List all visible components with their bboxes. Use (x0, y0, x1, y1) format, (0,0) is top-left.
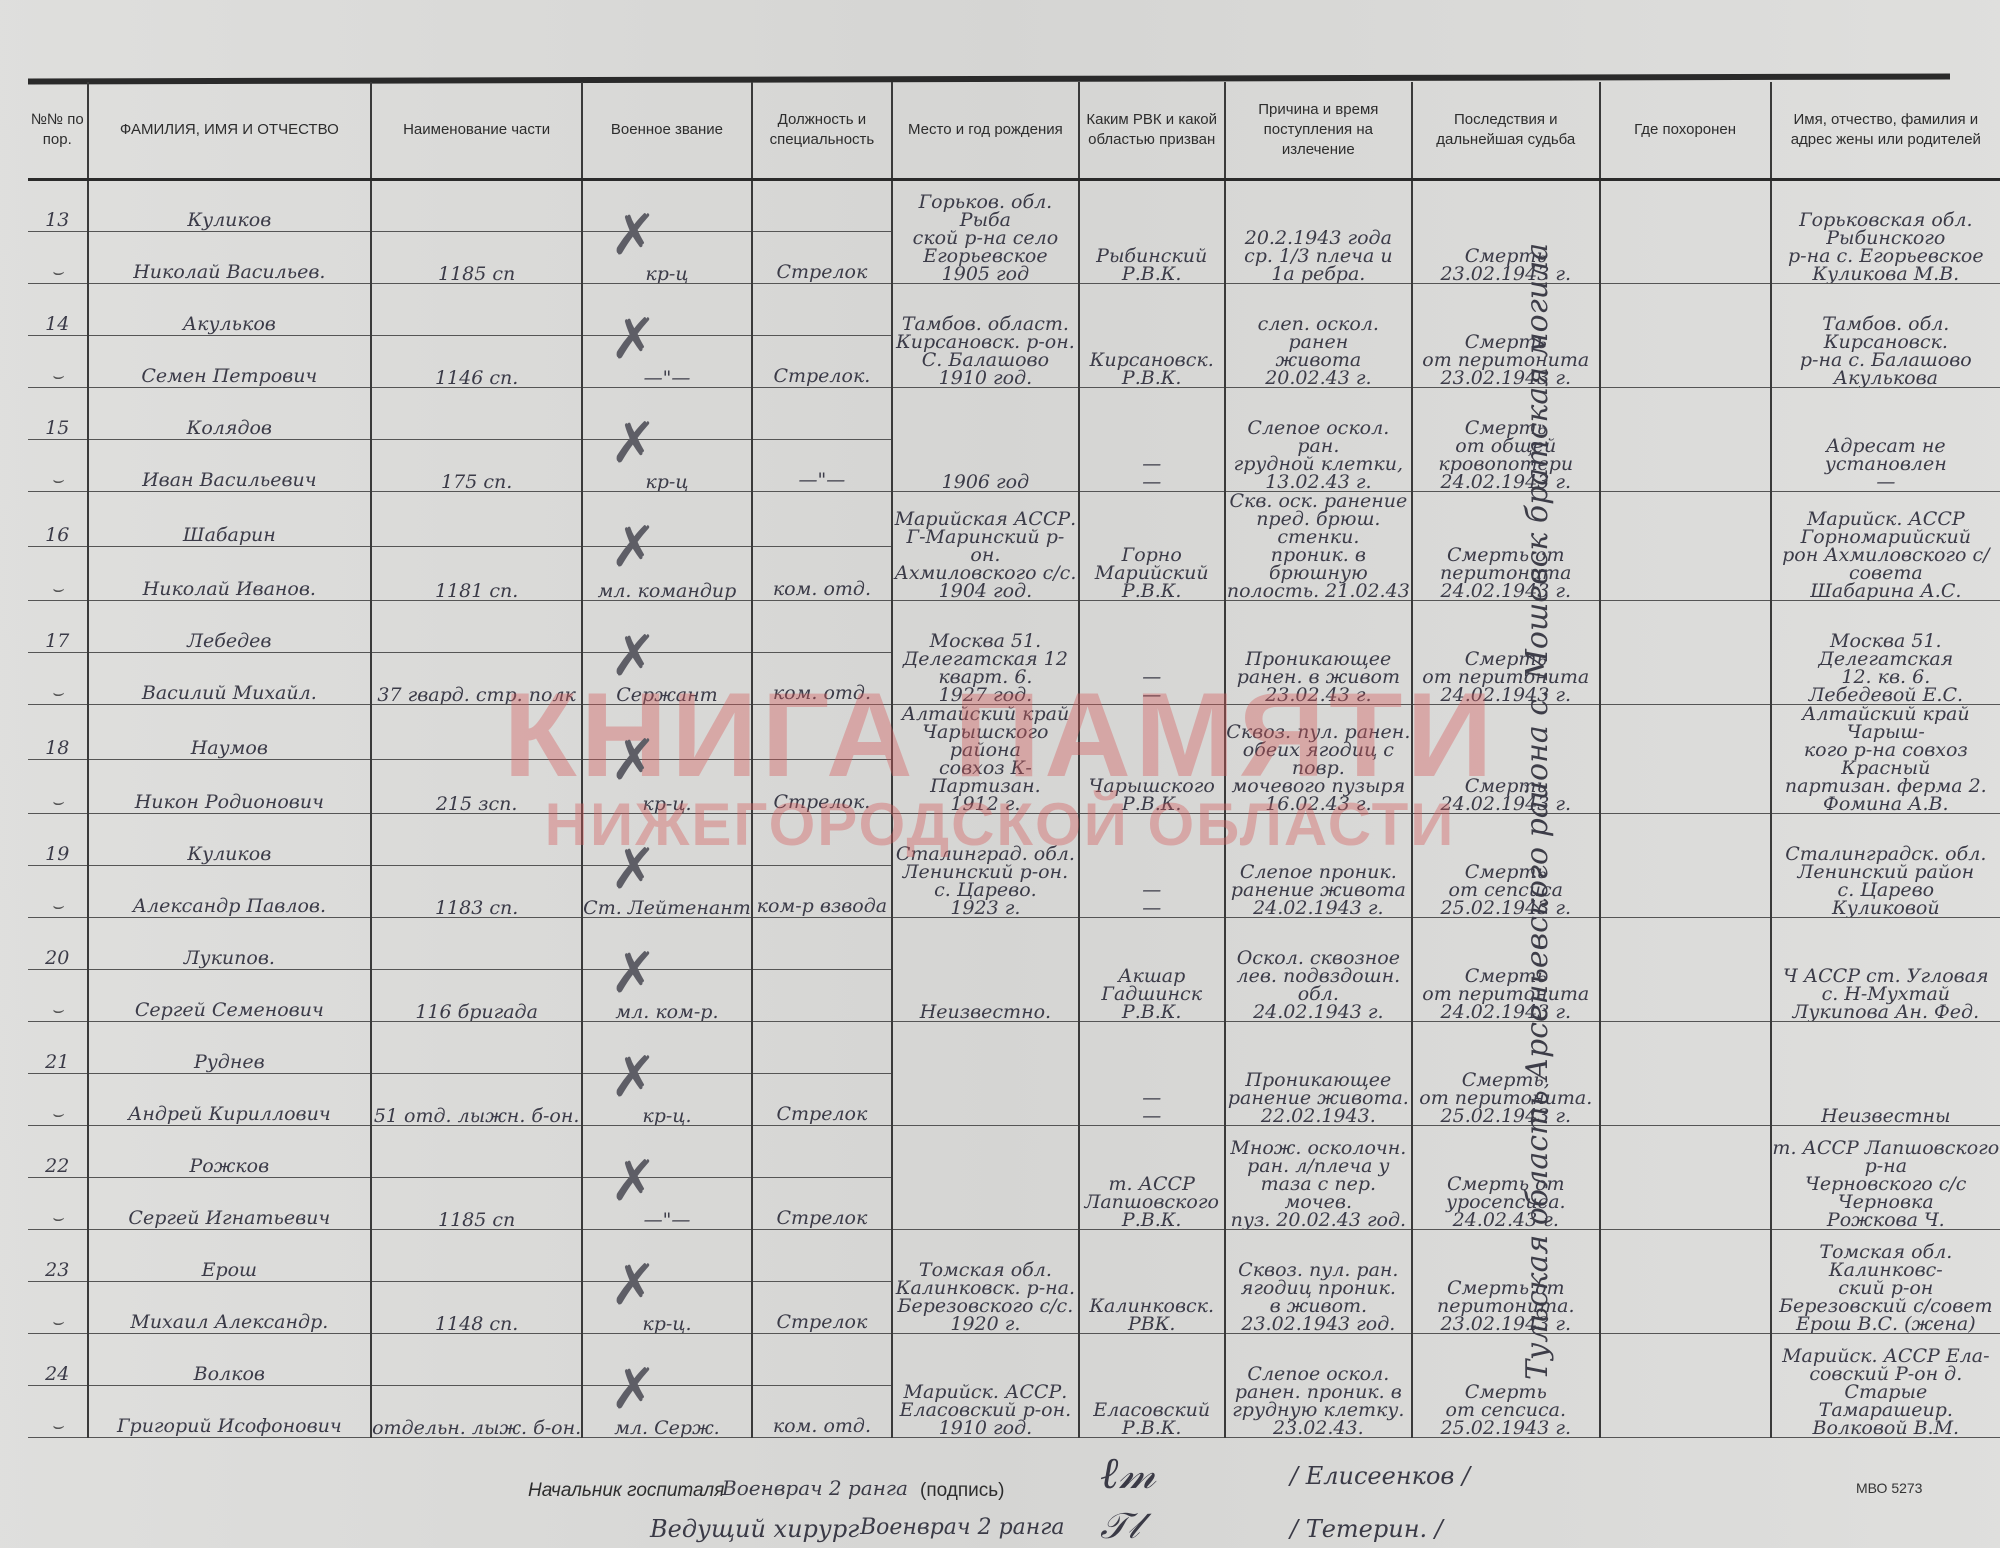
surname: Шабарин (88, 492, 372, 547)
row-number: 19 (28, 814, 88, 866)
cross-mark-icon: ✗ (610, 520, 657, 576)
position-empty (752, 1126, 892, 1178)
surname: Лебедев (88, 601, 372, 653)
form-code: МВО 5273 (1856, 1480, 1922, 1496)
relatives: Горьковская обл. Рыбинскогор-на с. Егорь… (1771, 180, 2000, 284)
fate: Смерть отперитонита24.02.1943 г. (1412, 492, 1600, 601)
unit-empty (371, 918, 582, 970)
rank: кр-ц. (582, 759, 752, 814)
unit: 175 сп. (371, 440, 582, 492)
row-number: 18 (28, 705, 88, 760)
cause-line: 23.02.43 г. (1226, 686, 1411, 704)
buried-cell (1600, 1022, 1771, 1126)
cause-line: слеп. оскол. ранен (1226, 315, 1411, 351)
rvk: —— (1079, 1022, 1225, 1126)
position: Стрелок. (752, 759, 892, 814)
unit: 1185 сп (371, 1178, 582, 1230)
rank: Ст. Лейтенант (582, 866, 752, 918)
chief-label: Начальник госпиталя (528, 1480, 724, 1502)
birthplace: Марийская АССР.Г-Маринский р-он.Ахмиловс… (892, 492, 1079, 601)
lead-surgeon-signature-icon: 𝒯𝓁 (1100, 1506, 1140, 1548)
rvk: Кирсановск.Р.В.К. (1079, 284, 1225, 388)
relatives-line: совский Р-он д. Старые (1772, 1365, 2000, 1401)
unit-empty (371, 1126, 582, 1178)
relatives-line: Фомина А.В. (1772, 795, 2000, 813)
position-empty (752, 814, 892, 866)
fate: Смерть отуросепсиса.24.02.43 г. (1412, 1126, 1600, 1230)
birthplace-line: Горьков. обл. Рыба (893, 193, 1078, 229)
cause: Слепое проник.ранение живота24.02.1943 г… (1225, 814, 1412, 918)
relatives-line: Ерош В.С. (жена) (1772, 1315, 2000, 1333)
rvk: —— (1079, 601, 1225, 705)
rvk-line: Р.В.К. (1080, 1211, 1224, 1229)
buried-cell (1600, 388, 1771, 492)
relatives-line: кого р-на совхоз Красный (1772, 741, 2000, 777)
rvk: ГорноМарийскийР.В.К. (1079, 492, 1225, 601)
buried-cell (1600, 1230, 1771, 1334)
rvk: Калинковск.РВК. (1079, 1230, 1225, 1334)
position (752, 970, 892, 1022)
fate: Смертьот сепсиса.25.02.1943 г. (1412, 1334, 1600, 1438)
rank: —"— (582, 1178, 752, 1230)
relatives: Сталинградск. обл.Ленинский районс. Царе… (1771, 814, 2000, 918)
cause-line: 20.02.43 г. (1226, 369, 1411, 387)
birthplace: Москва 51.Делегатская 12кварт. 6.1927 го… (892, 601, 1079, 705)
position: ком. отд. (752, 546, 892, 601)
cross-mark-icon: ✗ (610, 946, 657, 1002)
surname: Куликов (88, 814, 372, 866)
position-empty (752, 918, 892, 970)
col-header-number: №№ по пор. (28, 82, 88, 180)
unit-empty (371, 492, 582, 547)
relatives-line: Акулькова (1772, 369, 2000, 387)
relatives-line: Марийск. АССР Горномарийский (1772, 510, 2000, 546)
relatives-line: Волковой В.М. (1772, 1419, 2000, 1437)
rank-empty (582, 705, 752, 760)
table-row: 16ШабаринМарийская АССР.Г-Маринский р-он… (28, 492, 2000, 547)
birthplace-line: 1927 год. (893, 686, 1078, 704)
check-mark-icon: ⌣ (28, 1386, 88, 1438)
rvk: ЕласовскийР.В.К. (1079, 1334, 1225, 1438)
unit: 215 зсп. (371, 759, 582, 814)
birthplace-line: 1912 г. (893, 795, 1078, 813)
lead-surgeon-name: / Тетерин. / (1290, 1515, 1443, 1543)
lead-surgeon-label: Ведущий хирург (650, 1515, 859, 1543)
row-number: 15 (28, 388, 88, 440)
rvk: —— (1079, 388, 1225, 492)
birthplace: Марийск. АССР.Еласовский р-он.1910 год. (892, 1334, 1079, 1438)
table-row: 19КуликовСталинград. обл.Ленинский р-он.… (28, 814, 2000, 866)
fate-line: 25.02.1943 г. (1413, 1419, 1599, 1437)
fate: Смертьот перитонита24.02.1943 г. (1412, 918, 1600, 1022)
buried-cell (1600, 284, 1771, 388)
cause-line: 23.02.1943 год. (1226, 1315, 1411, 1333)
unit-empty (371, 814, 582, 866)
relatives-line: Черновского с/с Черновка (1772, 1175, 2000, 1211)
fate-line: 24.02.1943 г. (1413, 1003, 1599, 1021)
unit: 1183 сп. (371, 866, 582, 918)
position: Стрелок (752, 1282, 892, 1334)
rvk-line: Р.В.К. (1080, 369, 1224, 387)
cause: Сквоз. пул. ран.ягодиц проник.в живот.23… (1225, 1230, 1412, 1334)
given-name: Семен Петрович (88, 336, 372, 388)
cause: Оскол. сквозноелев. подвздошн.обл.24.02.… (1225, 918, 1412, 1022)
position: ком. отд. (752, 653, 892, 705)
fate-line: 25.02.1943 г. (1413, 899, 1599, 917)
rvk-line: РВК. (1080, 1315, 1224, 1333)
rvk-line: Р.В.К. (1080, 795, 1224, 813)
rank: Сержант (582, 653, 752, 705)
relatives: Адресат не установлен— (1771, 388, 2000, 492)
col-header-relatives: Имя, отчество, фамилия и адрес жены или … (1771, 82, 2000, 180)
surname: Акульков (88, 284, 372, 336)
relatives-line: Лебедевой Е.С. (1772, 686, 2000, 704)
rvk: ЧарышскогоР.В.К. (1079, 705, 1225, 814)
row-number: 20 (28, 918, 88, 970)
given-name: Николай Васильев. (88, 232, 372, 284)
rank-empty (582, 492, 752, 547)
position-empty (752, 1022, 892, 1074)
birthplace: 1906 год (892, 388, 1079, 492)
cause-line: проник. в брюшную (1226, 546, 1411, 582)
cross-mark-icon: ✗ (610, 629, 657, 685)
buried-cell (1600, 180, 1771, 284)
unit-empty (371, 284, 582, 336)
position-empty (752, 284, 892, 336)
cross-mark-icon: ✗ (610, 416, 657, 472)
rank: мл. Серж. (582, 1386, 752, 1438)
rank-empty (582, 814, 752, 866)
col-header-buried: Где похоронен (1600, 82, 1771, 180)
cause: Слепое оскол. ран.грудной клетки,13.02.4… (1225, 388, 1412, 492)
position: —"— (752, 440, 892, 492)
cause-line: 24.02.1943 г. (1226, 1003, 1411, 1021)
position-empty (752, 1334, 892, 1386)
buried-cell (1600, 1126, 1771, 1230)
relatives-line: Томская обл. Калинковс- (1772, 1243, 2000, 1279)
unit-empty (371, 1022, 582, 1074)
birthplace: Горьков. обл. Рыбаской р-на селоЕгорьевс… (892, 180, 1079, 284)
col-header-full-name: ФАМИЛИЯ, ИМЯ И ОТЧЕСТВО (88, 82, 372, 180)
table-row: 22Рожковт. АССРЛапшовскогоР.В.К.Множ. ос… (28, 1126, 2000, 1178)
rank-empty (582, 918, 752, 970)
rank: кр-ц. (582, 1074, 752, 1126)
birthplace: Алтайский крайЧарышского районасовхоз К-… (892, 705, 1079, 814)
col-header-rank: Военное звание (582, 82, 752, 180)
buried-cell (1600, 601, 1771, 705)
relatives: Ч АССР ст. Угловаяс. Н-МухтайЛукипова Ан… (1771, 918, 2000, 1022)
document-page: №№ по пор. ФАМИЛИЯ, ИМЯ И ОТЧЕСТВО Наиме… (0, 0, 2000, 1548)
rvk-line: Р.В.К. (1080, 582, 1224, 600)
unit: 37 гвард. стр. полк (371, 653, 582, 705)
rvk: АкшарГадшинскР.В.К. (1079, 918, 1225, 1022)
birthplace-line: совхоз К-Партизан. (893, 759, 1078, 795)
table-row: 13КуликовГорьков. обл. Рыбаской р-на сел… (28, 180, 2000, 232)
position: Стрелок (752, 232, 892, 284)
relatives-line: Шабарина А.С. (1772, 582, 2000, 600)
rank-empty (582, 388, 752, 440)
birthplace (892, 1022, 1079, 1126)
row-number: 23 (28, 1230, 88, 1282)
fate-line: 24.02.1943 г. (1413, 473, 1599, 491)
fate: Смерть отперитонита.23.02.1943 г. (1412, 1230, 1600, 1334)
chief-signature-icon: ℓ𝓂 (1100, 1448, 1156, 1499)
position-empty (752, 180, 892, 232)
row-number: 14 (28, 284, 88, 336)
rvk-line: Р.В.К. (1080, 1003, 1224, 1021)
table-header-row: №№ по пор. ФАМИЛИЯ, ИМЯ И ОТЧЕСТВО Наиме… (28, 82, 2000, 180)
cause: Скв. оск. ранениепред. брюш. стенки.прон… (1225, 492, 1412, 601)
given-name: Сергей Семенович (88, 970, 372, 1022)
row-number: 16 (28, 492, 88, 547)
relatives-line: — (1772, 473, 2000, 491)
birthplace-line: 1904 год. (893, 582, 1078, 600)
unit-empty (371, 1334, 582, 1386)
birthplace-line: 1910 год. (893, 369, 1078, 387)
rank-empty (582, 284, 752, 336)
fate-line: 23.02.1943 г. (1413, 1315, 1599, 1333)
birthplace-line: 1910 год. (893, 1419, 1078, 1437)
cross-mark-icon: ✗ (610, 1154, 657, 1210)
rvk-line: — (1080, 686, 1224, 704)
fate: Смерть23.02.1943 г. (1412, 180, 1600, 284)
cause-line: Слепое оскол. ран. (1226, 419, 1411, 455)
rank-empty (582, 1022, 752, 1074)
relatives: Марийск. АССР Горномарийскийрон Ахмиловс… (1771, 492, 2000, 601)
birthplace-line: 1906 год (893, 473, 1078, 491)
relatives-line: Рожкова Ч. (1772, 1211, 2000, 1229)
rank: мл. командир (582, 546, 752, 601)
cross-mark-icon: ✗ (610, 208, 657, 264)
buried-cell (1600, 492, 1771, 601)
given-name: Николай Иванов. (88, 546, 372, 601)
cause: Проникающееранен. в живот23.02.43 г. (1225, 601, 1412, 705)
rank: кр-ц. (582, 1282, 752, 1334)
table-row: 24ВолковМарийск. АССР.Еласовский р-он.19… (28, 1334, 2000, 1386)
check-mark-icon: ⌣ (28, 970, 88, 1022)
cross-mark-icon: ✗ (610, 312, 657, 368)
col-header-cause: Причина и время поступления на излечение (1225, 82, 1412, 180)
unit-empty (371, 705, 582, 760)
rvk-line: — (1080, 473, 1224, 491)
check-mark-icon: ⌣ (28, 1074, 88, 1126)
fate: Смертьот общейкровопотери24.02.1943 г. (1412, 388, 1600, 492)
cause-line: полость. 21.02.43 (1226, 582, 1411, 600)
chief-name: / Елисеенков / (1290, 1462, 1470, 1490)
row-number: 21 (28, 1022, 88, 1074)
unit: 1185 сп (371, 232, 582, 284)
burial-place-vertical-text: Тульская область Арсеньевского района с.… (1520, 243, 1555, 1380)
buried-cell (1600, 705, 1771, 814)
rank-empty (582, 1126, 752, 1178)
fate: Смертьот перитонита23.02.1943 г. (1412, 284, 1600, 388)
given-name: Григорий Исофонович (88, 1386, 372, 1438)
unit: 1146 сп. (371, 336, 582, 388)
birthplace-line: Чарышского района (893, 723, 1078, 759)
position: ком. отд. (752, 1386, 892, 1438)
cause-line: обеих ягодиц с повр. (1226, 741, 1411, 777)
rvk: —— (1079, 814, 1225, 918)
fate: Смерть,от перитонита.25.02.1943 г. (1412, 1022, 1600, 1126)
rank-empty (582, 180, 752, 232)
relatives-line: Адресат не установлен (1772, 437, 2000, 473)
given-name: Андрей Кириллович (88, 1074, 372, 1126)
relatives-line: Тамбов. обл. Кирсановск. (1772, 315, 2000, 351)
cause: Слепое оскол.ранен. проник. вгрудную кле… (1225, 1334, 1412, 1438)
birthplace-line: 1920 г. (893, 1315, 1078, 1333)
lead-surgeon-title-handwritten: Военврач 2 ранга (860, 1515, 1065, 1540)
relatives: Томская обл. Калинковс-ский р-онБерезовс… (1771, 1230, 2000, 1334)
position-empty (752, 492, 892, 547)
relatives-line: Алтайский край Чарыш- (1772, 705, 2000, 741)
relatives-line: Куликовой (1772, 899, 2000, 917)
relatives-line: Москва 51. Делегатская (1772, 632, 2000, 668)
unit-empty (371, 180, 582, 232)
relatives-line: Лукипова Ан. Фед. (1772, 1003, 2000, 1021)
relatives: Москва 51. Делегатская12. кв. 6.Лебедево… (1771, 601, 2000, 705)
cause-line: пред. брюш. стенки. (1226, 510, 1411, 546)
check-mark-icon: ⌣ (28, 232, 88, 284)
birthplace: Томская обл.Калинковск. р-на.Березовског… (892, 1230, 1079, 1334)
fate: Смерть24.02.1943 г. (1412, 705, 1600, 814)
rank: кр-ц (582, 440, 752, 492)
given-name: Иван Васильевич (88, 440, 372, 492)
birthplace-line: Неизвестно. (893, 1003, 1078, 1021)
rank-empty (582, 601, 752, 653)
table-row: 14АкульковТамбов. област.Кирсановск. р-о… (28, 284, 2000, 336)
cross-mark-icon: ✗ (610, 1050, 657, 1106)
position: Стрелок (752, 1074, 892, 1126)
check-mark-icon: ⌣ (28, 1282, 88, 1334)
surname: Куликов (88, 180, 372, 232)
birthplace (892, 1126, 1079, 1230)
row-number: 24 (28, 1334, 88, 1386)
relatives-line: рон Ахмиловского с/совета (1772, 546, 2000, 582)
fate: Смертьот перитонита24.02.1943 г. (1412, 601, 1600, 705)
check-mark-icon: ⌣ (28, 653, 88, 705)
check-mark-icon: ⌣ (28, 759, 88, 814)
check-mark-icon: ⌣ (28, 1178, 88, 1230)
check-mark-icon: ⌣ (28, 866, 88, 918)
cause-line: 13.02.43 г. (1226, 473, 1411, 491)
given-name: Александр Павлов. (88, 866, 372, 918)
relatives-line: Горьковская обл. Рыбинского (1772, 211, 2000, 247)
table-row: 15Колядов1906 год——Слепое оскол. ран.гру… (28, 388, 2000, 440)
birthplace: Сталинград. обл.Ленинский р-он.с. Царево… (892, 814, 1079, 918)
birthplace-line: Г-Маринский р-он. (893, 528, 1078, 564)
cause-line: таза с пер. мочев. (1226, 1175, 1411, 1211)
given-name: Никон Родионович (88, 759, 372, 814)
col-header-rvk: Каким РВК и какой областью призван (1079, 82, 1225, 180)
fate: Смертьот сепсиса25.02.1943 г. (1412, 814, 1600, 918)
fate-line: 24.02.1943 г. (1413, 582, 1599, 600)
relatives: Неизвестны (1771, 1022, 2000, 1126)
relatives: т. АССР Лапшовского р-наЧерновского с/с … (1771, 1126, 2000, 1230)
cause: Проникающееранение живота.22.02.1943. (1225, 1022, 1412, 1126)
casualty-table: №№ по пор. ФАМИЛИЯ, ИМЯ И ОТЧЕСТВО Наиме… (28, 82, 2000, 1438)
position: Стрелок. (752, 336, 892, 388)
birthplace: Неизвестно. (892, 918, 1079, 1022)
table-row: 18НаумовАлтайский крайЧарышского районас… (28, 705, 2000, 760)
check-mark-icon: ⌣ (28, 336, 88, 388)
col-header-fate: Последствия и дальнейшая судьба (1412, 82, 1600, 180)
table-row: 20Лукипов.Неизвестно.АкшарГадшинскР.В.К.… (28, 918, 2000, 970)
col-header-birthplace: Место и год рождения (892, 82, 1079, 180)
signature-label: (подпись) (920, 1480, 1004, 1502)
position-empty (752, 601, 892, 653)
rvk-line: — (1080, 1107, 1224, 1125)
check-mark-icon: ⌣ (28, 440, 88, 492)
cause: Сквоз. пул. ранен.обеих ягодиц с повр.мо… (1225, 705, 1412, 814)
cause-line: пуз. 20.02.43 год. (1226, 1211, 1411, 1229)
relatives-line: Неизвестны (1772, 1107, 2000, 1125)
check-mark-icon: ⌣ (28, 546, 88, 601)
unit: 1181 сп. (371, 546, 582, 601)
fate-line: 25.02.1943 г. (1413, 1107, 1599, 1125)
fate-line: 24.02.1943 г. (1413, 795, 1599, 813)
rank: кр-ц (582, 232, 752, 284)
buried-cell (1600, 1334, 1771, 1438)
col-header-position: Должность и специальность (752, 82, 892, 180)
unit-empty (371, 1230, 582, 1282)
position-empty (752, 705, 892, 760)
given-name: Василий Михайл. (88, 653, 372, 705)
relatives: Тамбов. обл. Кирсановск.р-на с. Балашово… (1771, 284, 2000, 388)
rvk: РыбинскийР.В.К. (1079, 180, 1225, 284)
row-number: 17 (28, 601, 88, 653)
surname: Колядов (88, 388, 372, 440)
cause: слеп. оскол. раненживота20.02.43 г. (1225, 284, 1412, 388)
table-row: 21Руднев——Проникающееранение живота.22.0… (28, 1022, 2000, 1074)
rvk: т. АССРЛапшовскогоР.В.К. (1079, 1126, 1225, 1230)
given-name: Сергей Игнатьевич (88, 1178, 372, 1230)
unit: 116 бригада (371, 970, 582, 1022)
birthplace-line: 1905 год (893, 265, 1078, 283)
cause: Множ. осколочн.ран. л/плеча утаза с пер.… (1225, 1126, 1412, 1230)
fate-line: 23.02.1943 г. (1413, 265, 1599, 283)
rvk-line: — (1080, 899, 1224, 917)
buried-cell (1600, 918, 1771, 1022)
row-number: 22 (28, 1126, 88, 1178)
rvk-line: Р.В.К. (1080, 265, 1224, 283)
birthplace-line: 1923 г. (893, 899, 1078, 917)
surname: Ерош (88, 1230, 372, 1282)
unit-empty (371, 601, 582, 653)
cause-line: 16.02.43 г. (1226, 795, 1411, 813)
relatives-line: Куликова М.В. (1772, 265, 2000, 283)
chief-title-handwritten: Военврач 2 ранга (722, 1476, 908, 1500)
relatives: Алтайский край Чарыш-кого р-на совхоз Кр… (1771, 705, 2000, 814)
unit: 51 отд. лыжн. б-он. (371, 1074, 582, 1126)
cause-line: 24.02.1943 г. (1226, 899, 1411, 917)
cause-line: 23.02.43. (1226, 1419, 1411, 1437)
buried-cell (1600, 814, 1771, 918)
table-body: 13КуликовГорьков. обл. Рыбаской р-на сел… (28, 180, 2000, 1438)
rvk-line: Р.В.К. (1080, 1419, 1224, 1437)
fate-line: 24.02.1943 г. (1413, 686, 1599, 704)
cause-line: 22.02.1943. (1226, 1107, 1411, 1125)
cause-line: 1а ребра. (1226, 265, 1411, 283)
cross-mark-icon: ✗ (610, 842, 657, 898)
unit: отдельн. лыж. б-он. (371, 1386, 582, 1438)
position: ком-р взвода (752, 866, 892, 918)
rank: —"— (582, 336, 752, 388)
position-empty (752, 388, 892, 440)
surname: Наумов (88, 705, 372, 760)
unit: 1148 сп. (371, 1282, 582, 1334)
rank-empty (582, 1334, 752, 1386)
cross-mark-icon: ✗ (610, 733, 657, 789)
